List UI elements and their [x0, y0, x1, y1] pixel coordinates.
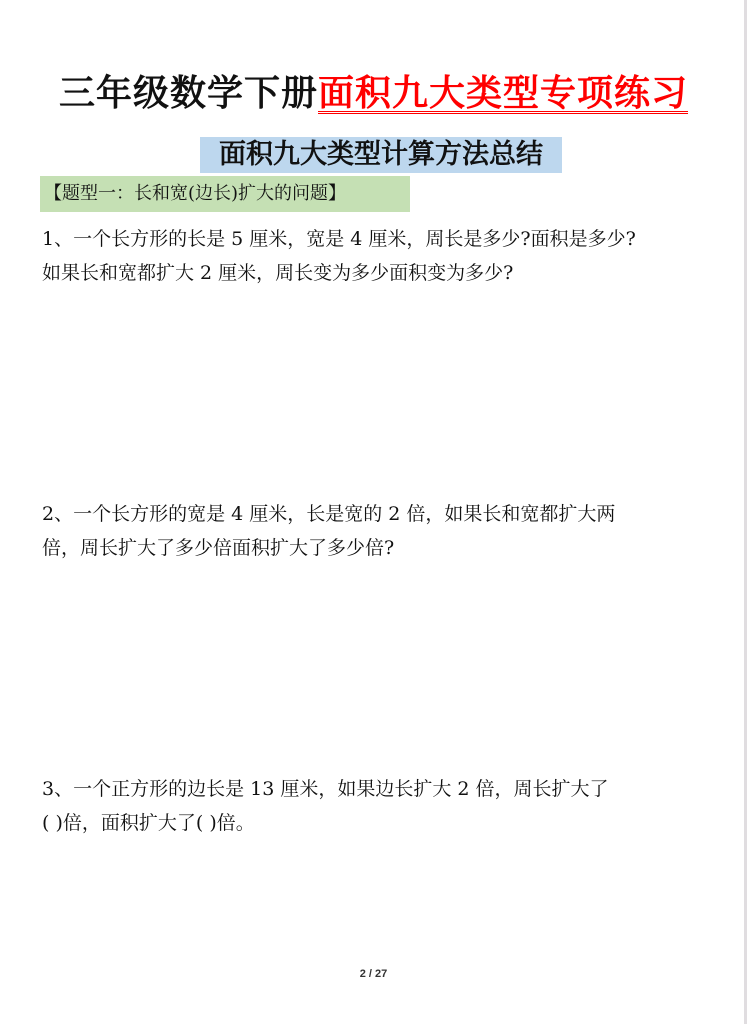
document-page: 三年级数学下册面积九大类型专项练习 面积九大类型计算方法总结 【题型一：长和宽(… [0, 0, 747, 1024]
question-line: 1、一个长方形的长是 5 厘米，宽是 4 厘米，周长是多少?面积是多少? [42, 222, 712, 256]
title-red-part: 面积九大类型专项练习 [318, 73, 688, 114]
page-number: 2 / 27 [0, 968, 747, 980]
question-line: ( )倍，面积扩大了( )倍。 [42, 806, 712, 840]
question-3: 3、一个正方形的边长是 13 厘米，如果边长扩大 2 倍，周长扩大了 ( )倍，… [42, 772, 712, 840]
page-title: 三年级数学下册面积九大类型专项练习 [0, 72, 747, 116]
question-line: 2、一个长方形的宽是 4 厘米，长是宽的 2 倍，如果长和宽都扩大两 [42, 497, 712, 531]
question-1: 1、一个长方形的长是 5 厘米，宽是 4 厘米，周长是多少?面积是多少? 如果长… [42, 222, 712, 290]
subtitle-banner: 面积九大类型计算方法总结 [200, 137, 562, 173]
question-line: 如果长和宽都扩大 2 厘米，周长变为多少面积变为多少? [42, 256, 712, 290]
title-black-part: 三年级数学下册 [59, 73, 318, 114]
section-tag-type-one: 【题型一：长和宽(边长)扩大的问题】 [40, 176, 410, 212]
question-line: 倍，周长扩大了多少倍面积扩大了多少倍? [42, 531, 712, 565]
question-line: 3、一个正方形的边长是 13 厘米，如果边长扩大 2 倍，周长扩大了 [42, 772, 712, 806]
question-2: 2、一个长方形的宽是 4 厘米，长是宽的 2 倍，如果长和宽都扩大两 倍，周长扩… [42, 497, 712, 565]
